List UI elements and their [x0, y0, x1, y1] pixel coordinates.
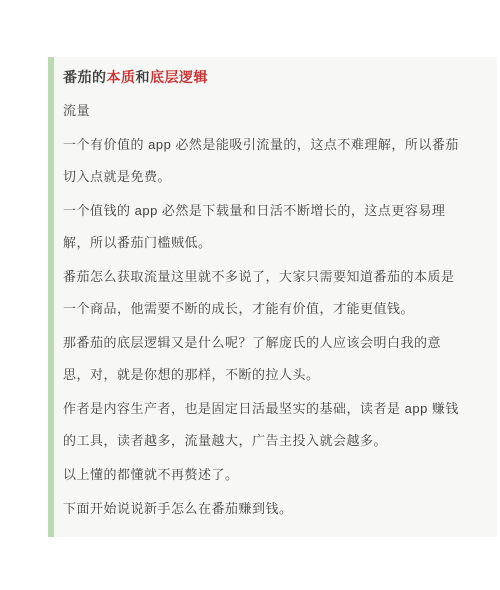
page: 番茄的本质和底层逻辑 流量 一个有价值的 app 必然是能吸引流量的，这点不难理… [0, 0, 500, 590]
article-card: 番茄的本质和底层逻辑 流量 一个有价值的 app 必然是能吸引流量的，这点不难理… [48, 57, 497, 537]
paragraph: 作者是内容生产者，也是固定日活最坚实的基础，读者是 app 赚钱的工具，读者越多… [63, 393, 461, 457]
paragraph: 那番茄的底层逻辑又是什么呢？了解庞氏的人应该会明白我的意思，对，就是你想的那样，… [63, 327, 461, 391]
paragraph: 以上懂的都懂就不再赘述了。 [63, 459, 461, 491]
title-segment-highlight: 底层逻辑 [150, 69, 208, 85]
title-segment-highlight: 本质 [107, 69, 136, 85]
title-segment: 和 [136, 69, 151, 85]
paragraph: 一个值钱的 app 必然是下载量和日活不断增长的，这点更容易理解，所以番茄门槛贼… [63, 195, 461, 259]
article-title: 番茄的本质和底层逻辑 [63, 61, 461, 93]
paragraph: 流量 [63, 95, 461, 127]
title-segment: 番茄的 [63, 69, 107, 85]
paragraph: 一个有价值的 app 必然是能吸引流量的，这点不难理解，所以番茄切入点就是免费。 [63, 129, 461, 193]
paragraph: 下面开始说说新手怎么在番茄赚到钱。 [63, 493, 461, 525]
paragraph: 番茄怎么获取流量这里就不多说了，大家只需要知道番茄的本质是一个商品，他需要不断的… [63, 261, 461, 325]
